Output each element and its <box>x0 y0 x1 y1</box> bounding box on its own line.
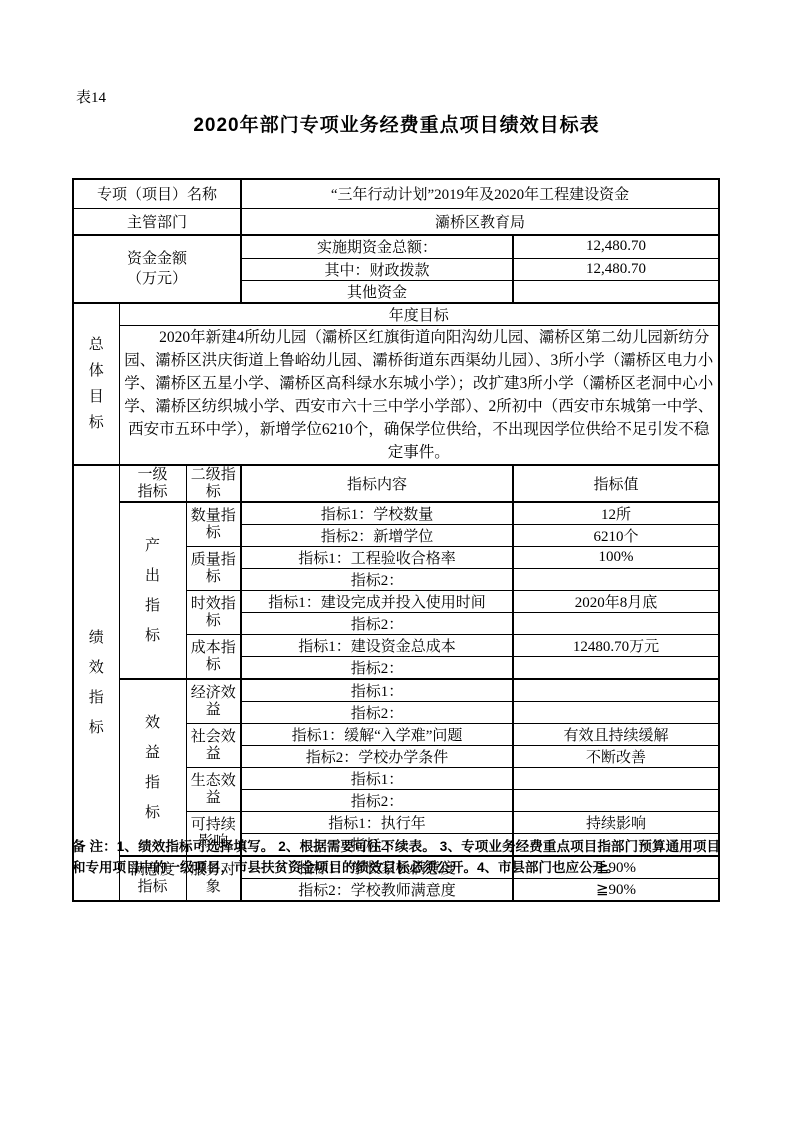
indicator-content-cell: 指标2： <box>241 569 513 591</box>
indicator-content-cell: 指标1：工程验收合格率 <box>241 547 513 569</box>
performance-goal-table: 专项（项目）名称 “三年行动计划”2019年及2020年工程建设资金 主管部门 … <box>72 178 720 902</box>
page-title: 2020年部门专项业务经费重点项目绩效目标表 <box>0 110 793 137</box>
indicator-value-cell <box>513 569 719 591</box>
header-value: 指标值 <box>513 465 719 502</box>
group-label-output: 产 出 指 标 <box>119 502 186 679</box>
indicator-value-cell <box>513 702 719 724</box>
indicator-content-cell: 指标2：新增学位 <box>241 525 513 547</box>
indicator-value-cell: 不断改善 <box>513 746 719 768</box>
indicator-content-cell: 指标1：建设资金总成本 <box>241 635 513 657</box>
header-level1: 一级 指标 <box>119 465 186 502</box>
indicator-value-cell <box>513 679 719 702</box>
project-name-value: “三年行动计划”2019年及2020年工程建设资金 <box>241 179 719 208</box>
indicator-value-cell: 6210个 <box>513 525 719 547</box>
fund-total-label: 实施期资金总额： <box>241 235 513 258</box>
indicator-content-cell: 指标1：建设完成并投入使用时间 <box>241 591 513 613</box>
overall-goal-side-label: 总 体 目 标 <box>73 303 119 466</box>
indicator-value-cell: 有效且持续缓解 <box>513 724 719 746</box>
fund-fiscal-value: 12,480.70 <box>513 258 719 280</box>
department-value: 灞桥区教育局 <box>241 208 719 235</box>
group-label-benefit: 效 益 指 标 <box>119 679 186 856</box>
indicator-value-cell: 2020年8月底 <box>513 591 719 613</box>
fund-amount-label: 资金金额 （万元） <box>73 235 241 303</box>
indicator-value-cell: 12480.70万元 <box>513 635 719 657</box>
department-label: 主管部门 <box>73 208 241 235</box>
footnotes: 备 注：1、绩效指标可选择填写。 2、根据需要可往下续表。 3、专项业务经费重点… <box>72 836 720 878</box>
indicator-content-cell: 指标1：缓解“入学难”问题 <box>241 724 513 746</box>
indicator-value-cell <box>513 768 719 790</box>
indicator-content-cell: 指标1： <box>241 768 513 790</box>
header-content: 指标内容 <box>241 465 513 502</box>
indicator-content-cell: 指标2： <box>241 790 513 812</box>
subgroup-label-quality: 质量指 标 <box>186 547 241 591</box>
subgroup-label-cost: 成本指 标 <box>186 635 241 680</box>
indicator-content-cell: 指标2： <box>241 702 513 724</box>
indicator-content-cell: 指标1： <box>241 679 513 702</box>
indicator-value-cell <box>513 657 719 680</box>
indicator-content-cell: 指标2：学校办学条件 <box>241 746 513 768</box>
indicator-value-cell: ≧90% <box>513 879 719 902</box>
document-page: 表14 2020年部门专项业务经费重点项目绩效目标表 专项（项目）名称 “三年行… <box>0 0 793 1122</box>
indicator-value-cell: 12所 <box>513 502 719 525</box>
annual-goal-header: 年度目标 <box>119 303 719 326</box>
header-level2: 二级指 标 <box>186 465 241 502</box>
indicator-content-cell: 指标2： <box>241 613 513 635</box>
annual-goal-text: 2020年新建4所幼儿园（灞桥区红旗街道向阳沟幼儿园、灞桥区第二幼儿园新纺分园、… <box>119 325 719 465</box>
indicator-content-cell: 指标1：执行年 <box>241 812 513 834</box>
subgroup-label-timeliness: 时效指 标 <box>186 591 241 635</box>
indicator-content-cell: 指标2： <box>241 657 513 680</box>
fund-other-label: 其他资金 <box>241 280 513 303</box>
subgroup-label-quantity: 数量指 标 <box>186 502 241 547</box>
subgroup-label-ecological: 生态效 益 <box>186 768 241 812</box>
fund-fiscal-label: 其中：财政拨款 <box>241 258 513 280</box>
indicator-value-cell: 100% <box>513 547 719 569</box>
indicator-value-cell <box>513 790 719 812</box>
fund-other-value <box>513 280 719 303</box>
subgroup-label-economic: 经济效 益 <box>186 679 241 724</box>
subgroup-label-social: 社会效 益 <box>186 724 241 768</box>
indicator-value-cell <box>513 613 719 635</box>
project-name-label: 专项（项目）名称 <box>73 179 241 208</box>
table-number: 表14 <box>76 86 106 107</box>
fund-total-value: 12,480.70 <box>513 235 719 258</box>
indicator-content-cell: 指标1：学校数量 <box>241 502 513 525</box>
indicator-content-cell: 指标2：学校教师满意度 <box>241 879 513 902</box>
indicator-value-cell: 持续影响 <box>513 812 719 834</box>
